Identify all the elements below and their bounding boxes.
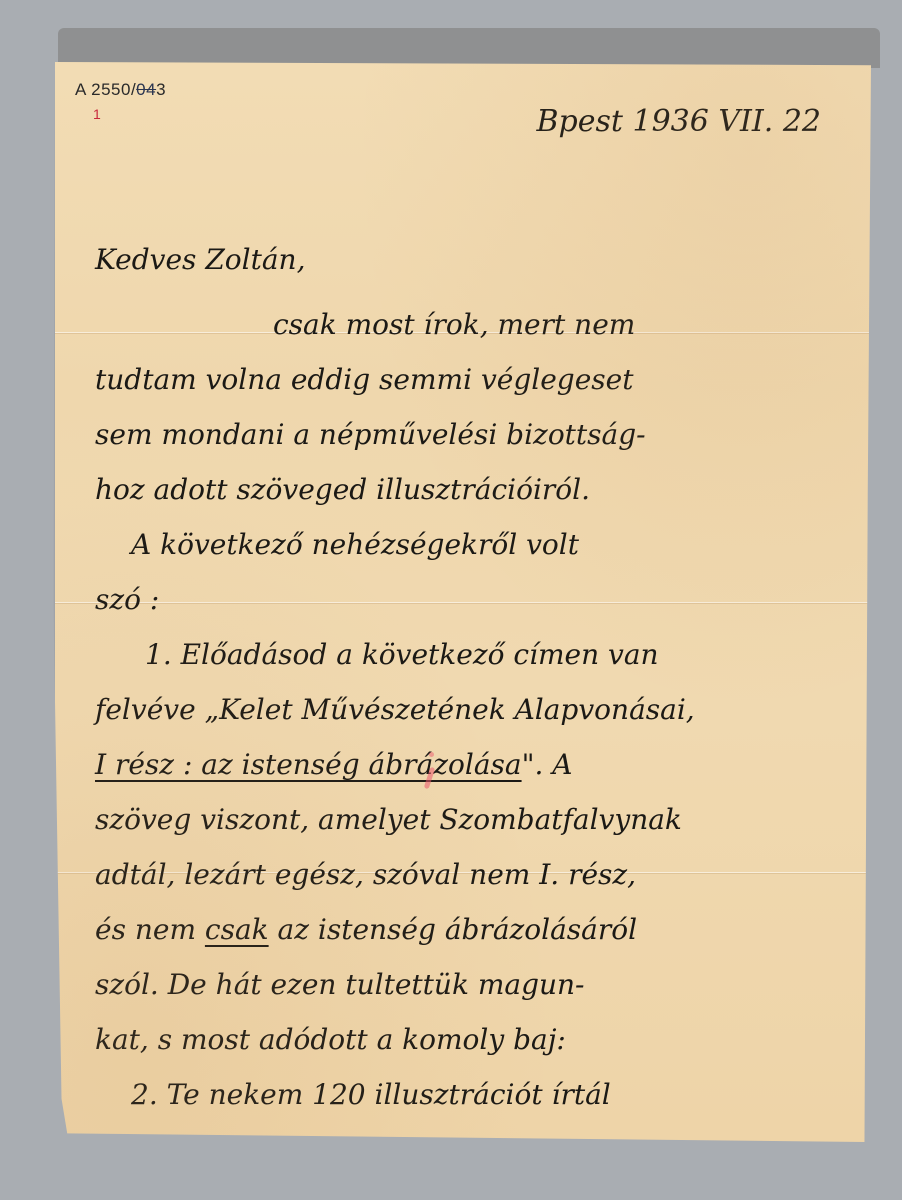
letter-line: szól. De hát ezen tultettük magun- <box>95 957 865 1012</box>
letter-line: hoz adott szöveged illusztrációiról. <box>95 462 865 517</box>
letter-line: csak most írok, mert nem <box>95 297 865 352</box>
letter-page: A 2550/043 1 Bpest 1936 VII. 22 Kedves Z… <box>55 62 871 1142</box>
paper-shadow <box>58 28 880 68</box>
archive-ref-suffix: 3 <box>156 80 166 99</box>
letter-line: tudtam volna eddig semmi véglegeset <box>95 352 865 407</box>
red-archive-mark: 1 <box>93 106 101 122</box>
letter-line: 2. Te nekem 120 illusztrációt írtál <box>95 1067 865 1122</box>
underlined-word: csak <box>205 913 269 946</box>
archive-ref-struck: 04 <box>136 80 156 99</box>
letter-line-underlined-title: I rész : az istenség ábrázolása". A <box>95 737 865 792</box>
letter-line: sem mondani a népművelési bizottság- <box>95 407 865 462</box>
letter-line: 1. Előadásod a következő címen van <box>95 627 865 682</box>
letter-line: felvéve „Kelet Művészetének Alapvonásai, <box>95 682 865 737</box>
line-part: az istenség ábrázolásáról <box>269 913 637 946</box>
letter-greeting: Kedves Zoltán, <box>95 232 865 287</box>
letter-body: Kedves Zoltán, csak most írok, mert nem … <box>95 232 865 1122</box>
pink-ink-mark <box>429 752 434 757</box>
letter-line: adtál, lezárt egész, szóval nem I. rész, <box>95 847 865 902</box>
archive-reference: A 2550/043 <box>75 80 166 100</box>
dateline: Bpest 1936 VII. 22 <box>537 104 822 139</box>
letter-line: szöveg viszont, amelyet Szombatfalvynak <box>95 792 865 847</box>
letter-line-with-underline: és nem csak az istenség ábrázolásáról <box>95 902 865 957</box>
archive-ref-prefix: A 2550/ <box>75 80 136 99</box>
title-closing: ". A <box>522 748 573 781</box>
line-part: és nem <box>95 913 205 946</box>
letter-line: kat, s most adódott a komoly baj: <box>95 1012 865 1067</box>
underlined-title: I rész : az istenség ábrázolása <box>95 748 522 781</box>
letter-line: A következő nehézségekről volt <box>95 517 865 572</box>
letter-line: szó : <box>95 572 865 627</box>
